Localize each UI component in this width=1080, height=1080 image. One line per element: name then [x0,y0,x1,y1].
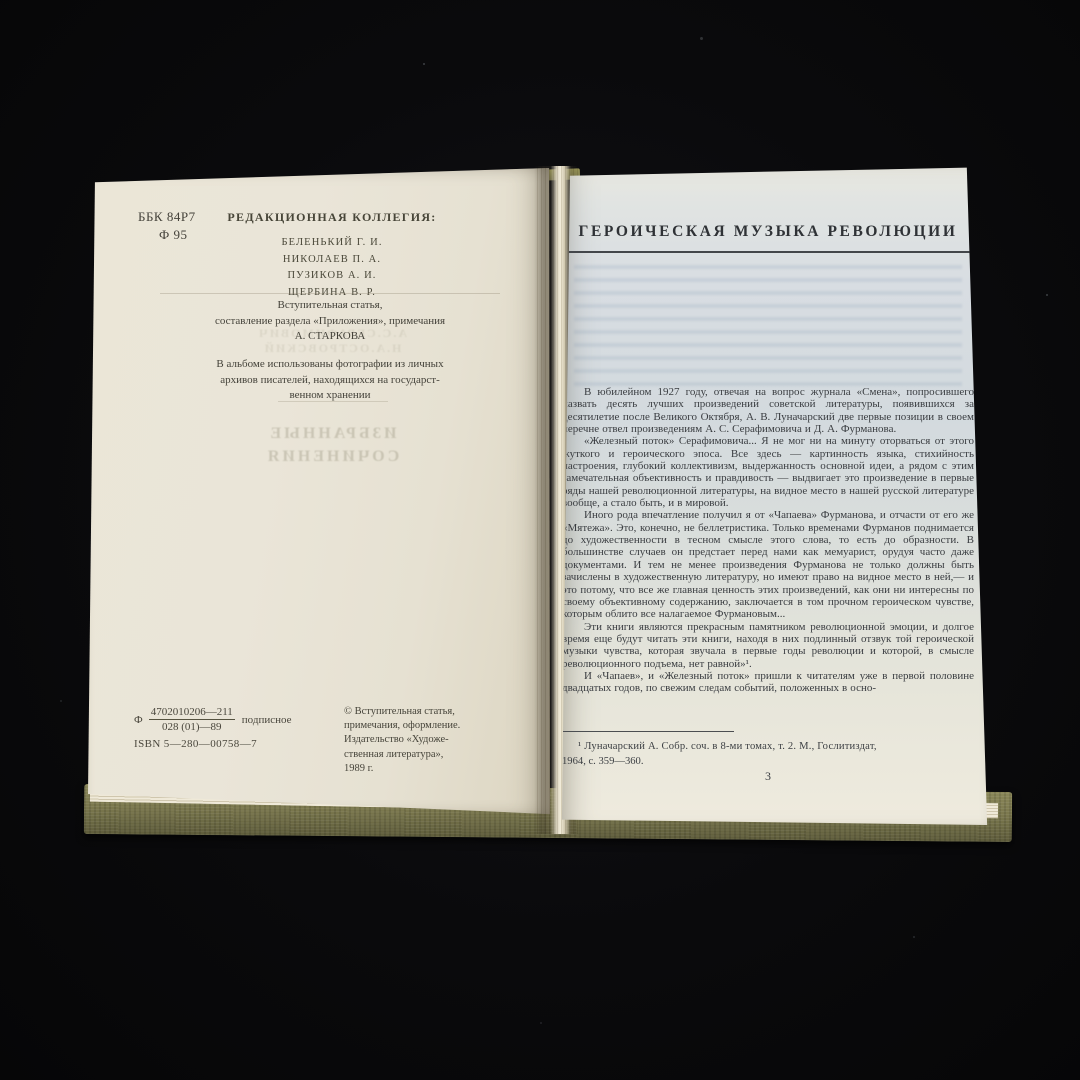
showthrough-line: ИЗБРАННЫЕ [202,422,462,445]
dust-speck [1046,294,1048,296]
copyright-line: Издательство «Художе- [344,733,529,747]
title-rule [562,251,974,253]
bbk-code: ББК 84Р7 [138,208,196,226]
imprint-block: Ф 4702010206—211 028 (01)—89 подписное I… [134,706,292,750]
divider-line [160,293,500,294]
dust-speck [60,700,62,702]
author-sign: Ф 95 [138,226,196,244]
album-note: В альбоме использованы фотографии из лич… [170,357,490,404]
showthrough-band [574,261,961,393]
board-member: БЕЛЕНЬКИЙ Г. И. [202,235,462,252]
board-member: НИКОЛАЕВ П. А. [202,252,462,269]
photo-scene: А.С.СЕРАФИМОВИЧ Н.А.ОСТРОВСКИЙ ИЗБРАННЫЕ… [0,0,1080,1080]
subscription-note: подписное [242,714,292,726]
fraction-numerator: 4702010206—211 [149,706,235,720]
dust-speck [423,63,425,65]
intro-credit-line: Вступительная статья, [170,298,490,314]
album-note-line: архивов писателей, находящихся на госуда… [170,373,490,389]
copyright-line: ственная литература», [344,748,529,762]
editorial-board-heading: РЕДАКЦИОННАЯ КОЛЛЕГИЯ: [202,210,462,225]
footnote-line: 1964, с. 359—360. [562,755,974,770]
chapter-title: ГЕРОИЧЕСКАЯ МУЗЫКА РЕВОЛЮЦИИ [562,223,974,241]
album-note-line: В альбоме использованы фотографии из лич… [170,357,490,373]
fraction-denominator: 028 (01)—89 [149,720,235,733]
copyright-line: примечания, оформление. [344,719,529,733]
board-member: ПУЗИКОВ А. И. [202,268,462,285]
body-text: В юбилейном 1927 году, отвечая на вопрос… [562,386,974,730]
paragraph: Эти книги являются прекрасным памятником… [562,621,974,670]
isbn: ISBN 5—280—00758—7 [134,738,292,750]
footnote-rule [562,731,734,732]
copyright-line: © Вступительная статья, [344,705,529,719]
intro-credit-line: А. СТАРКОВА [170,329,490,345]
paragraph: И «Чапаев», и «Железный поток» пришли к … [562,670,974,695]
catalog-code: Ф 4702010206—211 028 (01)—89 подписное [134,706,292,733]
left-page: А.С.СЕРАФИМОВИЧ Н.А.ОСТРОВСКИЙ ИЗБРАННЫЕ… [88,168,550,818]
bbk-classification: ББК 84Р7 Ф 95 [138,208,196,244]
series-letter: Ф [134,714,143,726]
copyright-line: 1989 г. [344,762,529,776]
dust-speck [540,1022,542,1024]
paragraph: В юбилейном 1927 году, отвечая на вопрос… [562,386,974,435]
paragraph: Иного рода впечатление получил я от «Чап… [562,509,974,620]
intro-credit: Вступительная статья, составление раздел… [170,298,490,345]
paragraph: «Железный поток» Серафимовича... Я не мо… [562,435,974,509]
catalog-fraction: 4702010206—211 028 (01)—89 [149,706,235,733]
editorial-board: РЕДАКЦИОННАЯ КОЛЛЕГИЯ: БЕЛЕНЬКИЙ Г. И. Н… [202,210,462,301]
page-number: 3 [562,769,974,784]
divider-line [278,401,388,402]
footnote-line: ¹ Луначарский А. Собр. соч. в 8-ми томах… [562,740,974,755]
dust-speck [700,37,703,40]
showthrough-line: СОЧИНЕНИЯ [202,445,462,468]
right-page: ГЕРОИЧЕСКАЯ МУЗЫКА РЕВОЛЮЦИИ В юбилейном… [550,163,992,831]
dust-speck [913,936,915,938]
editorial-board-members: БЕЛЕНЬКИЙ Г. И. НИКОЛАЕВ П. А. ПУЗИКОВ А… [202,235,462,301]
copyright-block: © Вступительная статья, примечания, офор… [344,705,529,776]
footnote: ¹ Луначарский А. Собр. соч. в 8-ми томах… [562,740,974,770]
intro-credit-line: составление раздела «Приложения», примеч… [170,314,490,330]
showthrough-title-text: ИЗБРАННЫЕ СОЧИНЕНИЯ [202,422,462,468]
